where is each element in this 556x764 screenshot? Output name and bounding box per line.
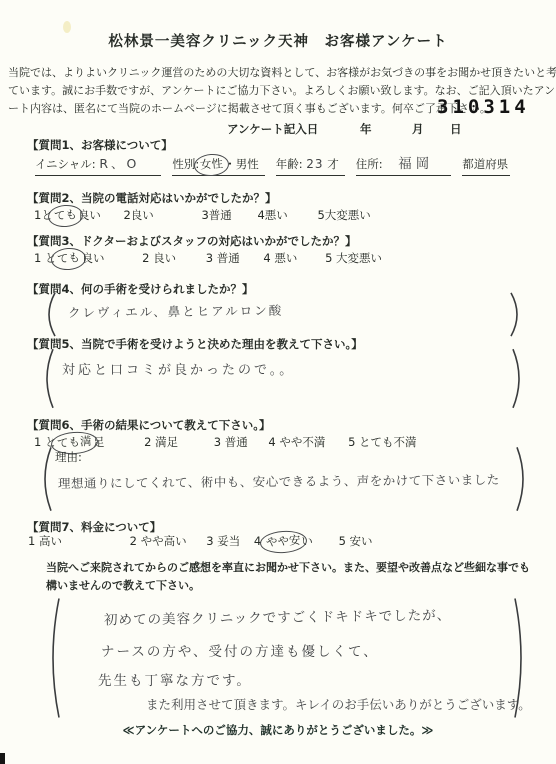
initial-field: イニシャル: R、O [35, 154, 161, 176]
bracket-left-icon [46, 596, 61, 720]
feedback-handwritten-line: 初めての美容クリニックですごくドキドキでしたが、 [104, 604, 451, 629]
feedback-handwritten-line: また利用させて頂きます。キレイのお手伝いありがとうございます。 [146, 695, 531, 713]
q5-answer-box: 対応と口コミが良かったので。。 [40, 348, 526, 409]
q4-answer-box: クレヴィエル、鼻とヒアルロン酸 [42, 292, 524, 337]
q7-option-1: 1 高い [28, 533, 62, 549]
q7-option-3: 3 妥当 [206, 533, 240, 549]
footer-thanks-note: ≪アンケートへのご協力、誠にありがとうございました。≫ [0, 722, 556, 738]
survey-date-label: アンケート記入日 [227, 121, 318, 137]
q6-reason-box: 理由: 理想通りにしてくれて、術中も、安心できるよう、声をかけて下さいました [38, 446, 530, 512]
q7-option-2: 2 やや高い [130, 533, 187, 549]
feedback-handwritten-line: 先生も丁寧な方です。 [98, 669, 252, 689]
bracket-left-icon [40, 348, 55, 409]
bracket-left-icon [42, 292, 57, 337]
bracket-left-icon [38, 446, 53, 512]
age-label: 年齢: [276, 157, 303, 171]
q2-options: 1とても良い 2良い 3普通 4悪い 5大変悪い [34, 207, 371, 223]
q2-option-4: 4悪い [257, 207, 287, 223]
q2-option-5: 5大変悪い [317, 207, 370, 223]
gender-option-male: 男性 [236, 157, 259, 171]
q3-option-3: 3 普通 [206, 250, 240, 266]
address-field: 住所: 福岡 [356, 152, 452, 176]
q2-header: 【質問2、当院の電話対応はいかがでしたか？】 [27, 190, 277, 206]
q3-option-5: 5 大変悪い [325, 250, 382, 266]
feedback-prompt-line: 当院へご来院されてからのご感想を率直にお聞かせ下さい。また、要望や改善点など些細… [46, 559, 530, 577]
q6-header: 【質問6、手術の結果について教えて下さい。】 [27, 417, 271, 433]
q3-header: 【質問3、ドクターおよびスタッフの対応はいかがでしたか？】 [27, 233, 357, 249]
address-label: 住所: [356, 157, 383, 171]
feedback-prompt-line: 構いませんので教えて下さい。 [46, 577, 530, 595]
q7-answer-circle: やや安 [259, 529, 307, 554]
q7-option-5: 5 安い [339, 533, 373, 549]
gender-field: 性別:女性・男性 [172, 156, 264, 176]
initial-label: イニシャル: [35, 157, 96, 171]
q1-header: 【質問1、お客様について】 [27, 137, 173, 153]
age-handwritten-value: 23 [306, 157, 323, 171]
q5-handwritten-answer: 対応と口コミが良かったので。。 [62, 359, 295, 378]
bracket-right-icon [511, 348, 526, 409]
q3-option-2: 2 良い [142, 250, 176, 266]
feedback-prompt: 当院へご来院されてからのご感想を率直にお聞かせ下さい。また、要望や改善点など些細… [46, 559, 530, 595]
bracket-right-icon [509, 292, 524, 337]
intro-line: 当院では、よりよいクリニック運営のための大切な資料として、お客様がお気づきの事を… [8, 64, 556, 82]
initial-handwritten-value: R、O [99, 156, 139, 171]
q4-handwritten-answer: クレヴィエル、鼻とヒアルロン酸 [68, 301, 283, 321]
q7-options: 1 高い 2 やや高い 3 妥当 4 やや安い 5 安い [28, 533, 373, 549]
reason-label: 理由: [55, 449, 82, 465]
scan-edge-artifact [0, 753, 5, 764]
feedback-answer-box: 初めての美容クリニックですごくドキドキでしたが、 ナースの方や、受付の方達も優し… [46, 596, 528, 720]
q2-option-3: 3普通 [201, 207, 231, 223]
feedback-handwritten-line: ナースの方や、受付の方達も優しくて、 [101, 640, 379, 660]
scanned-survey-document: 松林景一美容クリニック天神 お客様アンケート 当院では、よりよいクリニック運営の… [0, 0, 556, 764]
prefecture-suffix: 都道府県 [462, 156, 510, 176]
day-label: 日 [450, 121, 462, 137]
month-label: 月 [412, 121, 424, 137]
bracket-right-icon [515, 446, 530, 512]
q3-option-4: 4 悪い [263, 250, 297, 266]
year-label: 年 [360, 121, 372, 137]
q7-option-4: 4 やや安い [254, 533, 313, 549]
q3-option-1: 1 とても良い [34, 250, 104, 266]
q3-options: 1 とても良い 2 良い 3 普通 4 悪い 5 大変悪い [34, 250, 382, 266]
q3-answer-circle: ても [51, 247, 87, 271]
q6-handwritten-reason: 理想通りにしてくれて、術中も、安心できるよう、声をかけて下さいました [58, 470, 500, 492]
address-handwritten-value: 福岡 [386, 156, 445, 172]
q1-answer-row: イニシャル: R、O性別:女性・男性年齢: 23 才住所: 福岡都道府県 [35, 152, 521, 176]
q2-option-1: 1とても良い [34, 207, 101, 223]
age-unit: 才 [327, 157, 339, 171]
gender-answer-circle: 女性 [194, 153, 230, 177]
page-title: 松林景一美容クリニック天神 お客様アンケート [0, 30, 556, 51]
q2-answer-circle: ても [47, 204, 83, 228]
serial-number-stamp: 310314 [437, 96, 530, 118]
age-field: 年齢: 23 才 [276, 156, 345, 176]
q2-option-2: 2良い [123, 207, 153, 223]
